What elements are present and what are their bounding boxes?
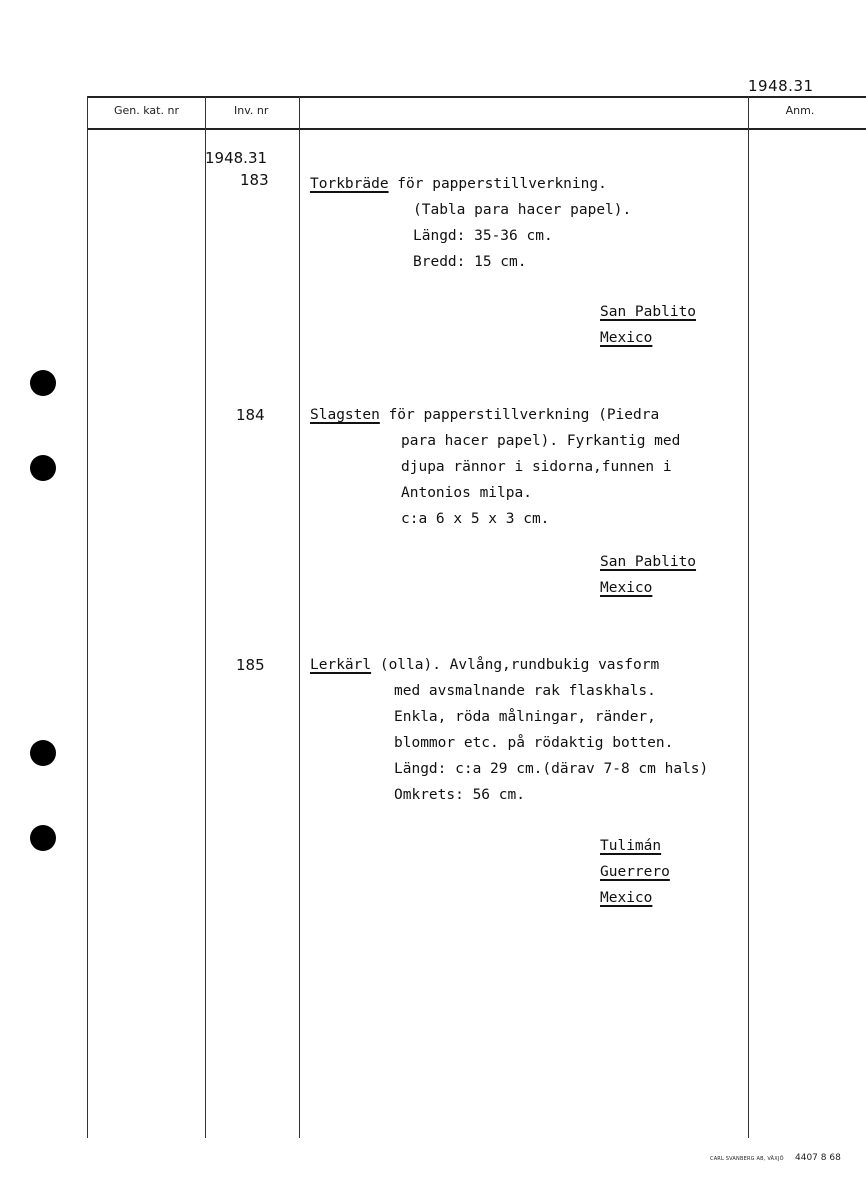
object-title: Torkbräde (310, 176, 389, 192)
entry-line: djupa rännor i sidorna,funnen i (401, 454, 672, 480)
collection-number: 1948.31 (205, 149, 267, 167)
binder-hole-4 (30, 825, 56, 851)
header-anm: Anm. (749, 104, 851, 117)
place-country: Mexico (600, 575, 652, 601)
inv-number: 185 (236, 656, 265, 674)
header-inv-nr: Inv. nr (206, 104, 294, 117)
entry-line: Längd: 35-36 cm. (413, 223, 553, 249)
entry-line: Antonios milpa. (401, 480, 532, 506)
entry-text: för papperstillverkning. (389, 176, 607, 192)
header-top-rule (87, 96, 866, 98)
entry-line: blommor etc. på rödaktig botten. (394, 730, 673, 756)
place-locality: Tulimán (600, 833, 661, 859)
entry-line: Längd: c:a 29 cm.(därav 7-8 cm hals) (394, 756, 708, 782)
header-bottom-rule (87, 128, 866, 130)
place-locality: San Pablito (600, 549, 696, 575)
place-country: Mexico (600, 885, 652, 911)
entry-line: para hacer papel). Fyrkantig med (401, 428, 680, 454)
form-code: 4407 8 68 (795, 1153, 841, 1163)
column-divider-inv-desc (299, 96, 300, 1138)
printer-imprint: CARL SVANBERG AB, VÄXJÖ (710, 1156, 784, 1162)
column-divider-desc-anm (748, 96, 749, 1138)
entry-line: Omkrets: 56 cm. (394, 782, 525, 808)
place-country: Mexico (600, 325, 652, 351)
entry-line: Enkla, röda målningar, ränder, (394, 704, 656, 730)
inv-number: 183 (240, 171, 269, 189)
entry-line: Bredd: 15 cm. (413, 249, 527, 275)
binder-hole-2 (30, 455, 56, 481)
binder-hole-3 (30, 740, 56, 766)
entry-text: för papperstillverkning (Piedra (380, 407, 659, 423)
entry-first-line: Lerkärl (olla). Avlång,rundbukig vasform (310, 652, 659, 678)
entry-first-line: Slagsten för papperstillverkning (Piedra (310, 402, 659, 428)
entry-first-line: Torkbräde för papperstillverkning. (310, 171, 607, 197)
header-gen-kat-nr: Gen. kat. nr (88, 104, 205, 117)
object-title: Lerkärl (310, 657, 371, 673)
binder-hole-1 (30, 370, 56, 396)
page-number: 1948.31 (748, 77, 814, 95)
entry-line: (Tabla para hacer papel). (413, 197, 631, 223)
entry-line: med avsmalnande rak flaskhals. (394, 678, 656, 704)
entry-text: (olla). Avlång,rundbukig vasform (371, 657, 659, 673)
object-title: Slagsten (310, 407, 380, 423)
place-locality: San Pablito (600, 299, 696, 325)
column-divider-left (87, 96, 88, 1138)
inv-number: 184 (236, 406, 265, 424)
entry-line: c:a 6 x 5 x 3 cm. (401, 506, 549, 532)
place-region: Guerrero (600, 859, 670, 885)
column-divider-gen-inv (205, 96, 206, 1138)
